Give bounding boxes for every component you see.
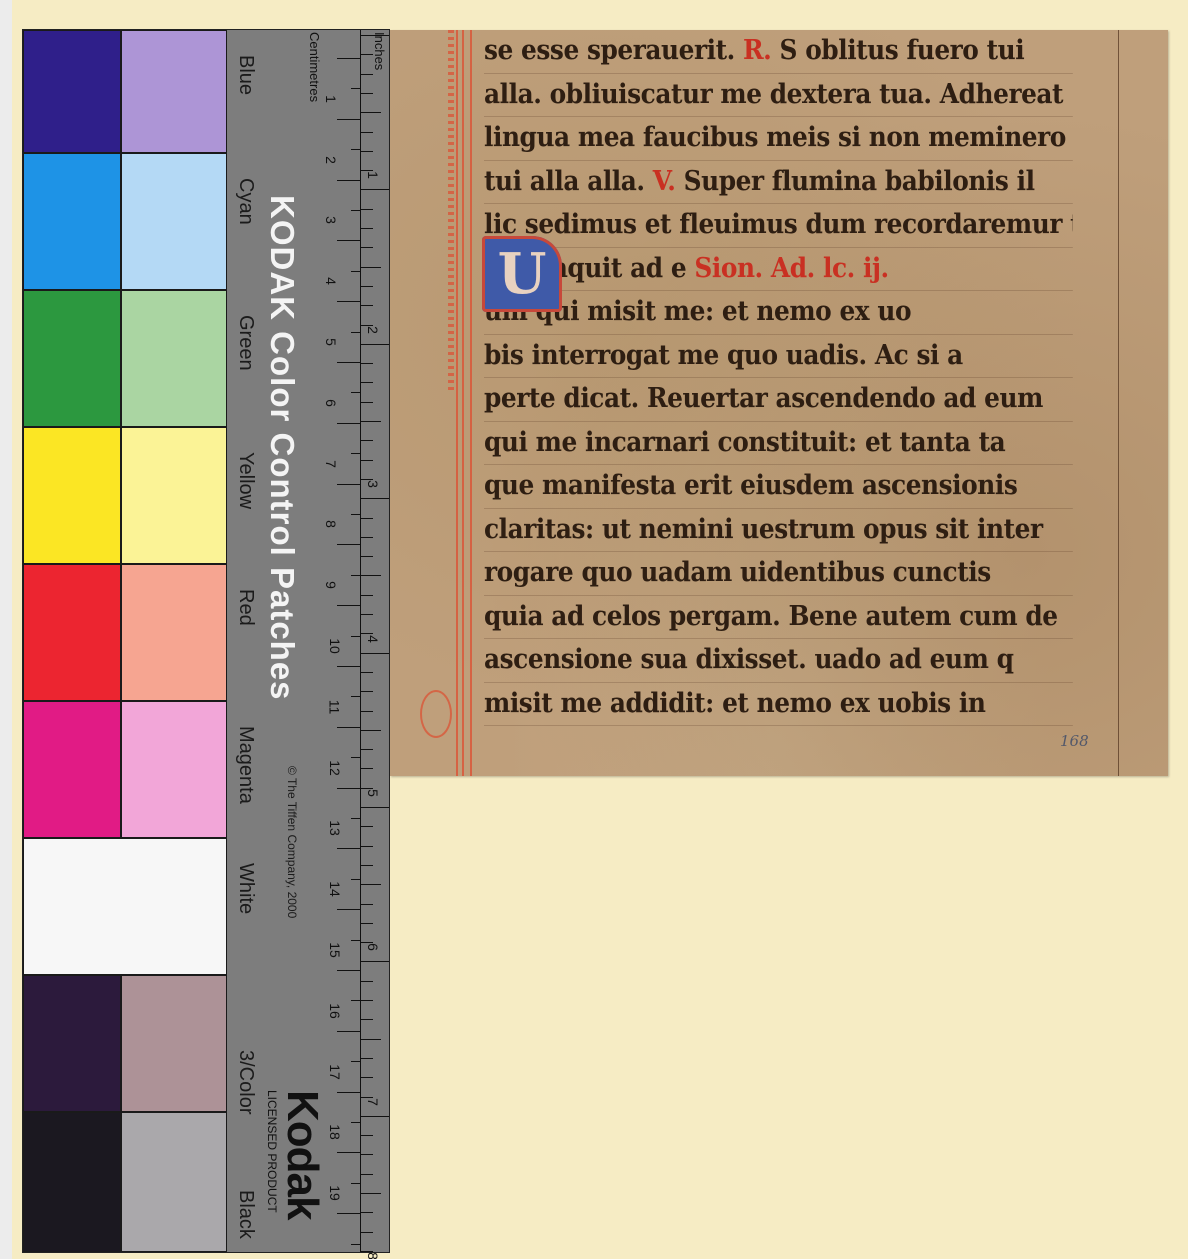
- inch-tick: [361, 961, 389, 962]
- patch-black-dark: [23, 1112, 121, 1252]
- inch-tick: [361, 151, 373, 152]
- manuscript-line: que manifesta erit eiusdem ascensionis: [484, 465, 1073, 509]
- inch-tick: [361, 884, 381, 885]
- patch-blue-dark: [23, 30, 121, 153]
- inch-tick: [361, 382, 373, 383]
- inch-tick: [361, 1212, 373, 1213]
- cm-tick: [351, 940, 360, 941]
- cm-tick: [351, 271, 360, 272]
- cm-tick: [351, 757, 360, 758]
- manuscript-line: bis interrogat me quo uadis. Ac si a: [484, 335, 1073, 379]
- inch-tick: [361, 440, 373, 441]
- cm-tick: [351, 332, 360, 333]
- inch-tick: [361, 865, 373, 866]
- red-border-decoration: [448, 30, 454, 390]
- red-ruling-line: [462, 30, 464, 776]
- patch-magenta-dark: [23, 701, 121, 838]
- inches-label: Inches: [372, 32, 387, 70]
- licensed-product-text: LICENSED PRODUCT: [265, 1090, 279, 1213]
- cm-tick: [351, 696, 360, 697]
- inch-number: 1: [365, 171, 381, 179]
- inch-tick: [361, 826, 373, 827]
- inch-tick: [361, 498, 389, 499]
- illuminated-initial: U: [482, 236, 562, 312]
- red-ruling-line: [456, 30, 458, 776]
- patch-yellow-dark: [23, 427, 121, 564]
- cm-number: 10: [327, 638, 343, 654]
- cm-number: 5: [323, 338, 339, 346]
- patch-yellow-light: [121, 427, 227, 564]
- patch-label: Red: [234, 589, 257, 626]
- inch-tick: [361, 556, 373, 557]
- manuscript-line: um qui misit me: et nemo ex uo: [484, 291, 1073, 335]
- inch-tick: [361, 363, 373, 364]
- inch-tick: [361, 904, 373, 905]
- inch-tick: [361, 1077, 373, 1078]
- cm-number: 15: [327, 942, 343, 958]
- cm-tick: [351, 88, 360, 89]
- red-ruling-line: [470, 30, 472, 776]
- patch-red-dark: [23, 564, 121, 701]
- inch-number: 3: [365, 480, 381, 488]
- kodak-color-target: 1234567891011121314151617181912345678 In…: [22, 29, 390, 1253]
- inch-tick: [361, 1174, 373, 1175]
- patch-cyan-light: [121, 153, 227, 290]
- inch-number: 7: [365, 1098, 381, 1106]
- patch-green-dark: [23, 290, 121, 427]
- rubric-text: R.: [743, 35, 771, 66]
- cm-tick: [351, 1244, 360, 1245]
- inch-tick: [361, 1193, 381, 1194]
- cm-tick: [337, 1092, 360, 1093]
- cm-number: 9: [323, 581, 339, 589]
- manuscript-line: quia ad celos pergam. Bene autem cum de: [484, 596, 1073, 640]
- inch-tick: [361, 228, 373, 229]
- inch-tick: [361, 1232, 373, 1233]
- cm-number: 13: [327, 821, 343, 837]
- inch-number: 2: [365, 326, 381, 334]
- manuscript-line: claritas: ut nemini uestrum opus sit int…: [484, 509, 1073, 553]
- cm-tick: [337, 58, 360, 59]
- manuscript-line: qui me incarnari constituit: et tanta ta: [484, 422, 1073, 466]
- rubric-text: V.: [653, 166, 676, 197]
- inch-tick: [361, 247, 373, 248]
- inch-tick: [361, 1039, 381, 1040]
- manuscript-line: ascensione sua dixisset. uado ad eum q: [484, 639, 1073, 683]
- red-flourish: [420, 690, 452, 738]
- inch-tick: [361, 460, 373, 461]
- inch-tick: [361, 112, 381, 113]
- manuscript-line: se esse sperauerit. R. S oblitus fuero t…: [484, 30, 1073, 74]
- inch-tick: [361, 537, 373, 538]
- manuscript-line: lic sedimus et fleuimus dum recordaremur…: [484, 204, 1073, 248]
- inch-number: 6: [365, 943, 381, 951]
- manuscript-line: misit me addidit: et nemo ex uobis in: [484, 683, 1073, 727]
- cm-number: 19: [327, 1185, 343, 1201]
- cm-number: 8: [323, 520, 339, 528]
- cm-tick: [337, 848, 360, 849]
- cm-tick: [337, 970, 360, 971]
- inch-tick: [361, 981, 373, 982]
- cm-tick: [351, 1061, 360, 1062]
- inch-tick: [361, 305, 373, 306]
- cm-tick: [351, 879, 360, 880]
- patch-3-color-light: [121, 975, 227, 1112]
- cm-tick: [337, 180, 360, 181]
- patch-label: 3/Color: [234, 1050, 257, 1114]
- cm-tick: [337, 1213, 360, 1214]
- cm-tick: [337, 423, 360, 424]
- patch-magenta-light: [121, 701, 227, 838]
- patch-label: Blue: [234, 55, 257, 95]
- inch-tick: [361, 132, 373, 133]
- cm-number: 18: [327, 1125, 343, 1141]
- cm-tick: [351, 575, 360, 576]
- cm-tick: [351, 1122, 360, 1123]
- ruler-baseline: [360, 30, 361, 1252]
- cm-tick: [351, 392, 360, 393]
- color-patches: [23, 30, 227, 1252]
- cm-number: 16: [327, 1003, 343, 1019]
- cm-number: 11: [326, 700, 342, 715]
- cm-tick: [337, 119, 360, 120]
- inch-number: 8: [365, 1252, 381, 1259]
- cm-number: 3: [323, 216, 339, 224]
- manuscript-line: alla. obliuiscatur me dextera tua. Adher…: [484, 74, 1073, 118]
- cm-tick: [351, 149, 360, 150]
- cm-tick: [337, 909, 360, 910]
- cm-tick: [337, 544, 360, 545]
- target-title: KODAK Color Control Patches: [263, 195, 301, 701]
- cm-number: 4: [323, 277, 339, 285]
- copyright-text: © The Tiffen Company, 2000: [285, 766, 299, 918]
- inch-tick: [361, 209, 373, 210]
- cm-tick: [337, 240, 360, 241]
- inch-tick: [361, 711, 373, 712]
- inch-tick: [361, 672, 373, 673]
- cm-tick: [351, 818, 360, 819]
- scanner-edge: [0, 0, 12, 1259]
- cm-number: 12: [327, 760, 343, 776]
- manuscript-leaf: se esse sperauerit. R. S oblitus fuero t…: [390, 30, 1168, 776]
- cm-tick: [351, 514, 360, 515]
- inch-tick: [361, 1135, 373, 1136]
- inch-tick: [361, 1116, 389, 1117]
- cm-number: 17: [327, 1064, 343, 1080]
- patch-label: Magenta: [234, 726, 257, 804]
- cm-tick: [351, 1183, 360, 1184]
- inch-tick: [361, 1154, 373, 1155]
- cm-tick: [337, 727, 360, 728]
- inch-tick: [361, 653, 389, 654]
- cm-tick: [337, 362, 360, 363]
- cm-tick: [337, 484, 360, 485]
- patch-label: Cyan: [234, 178, 257, 225]
- inch-tick: [361, 575, 381, 576]
- cm-tick: [337, 605, 360, 606]
- patch-label: Black: [234, 1190, 257, 1239]
- page-number: 168: [1060, 732, 1089, 750]
- inch-tick: [361, 923, 373, 924]
- cm-tick: [337, 301, 360, 302]
- inch-tick: [361, 93, 373, 94]
- patch-white: [23, 838, 227, 975]
- inch-tick: [361, 189, 389, 190]
- inch-tick: [361, 286, 373, 287]
- inch-tick: [361, 749, 373, 750]
- cm-tick: [337, 666, 360, 667]
- inch-tick: [361, 730, 381, 731]
- cm-number: 6: [323, 399, 339, 407]
- patch-green-light: [121, 290, 227, 427]
- patch-cyan-dark: [23, 153, 121, 290]
- patch-3-color-dark: [23, 975, 121, 1112]
- inch-tick: [361, 74, 373, 75]
- cm-tick: [351, 453, 360, 454]
- inch-tick: [361, 846, 373, 847]
- patch-label: White: [234, 863, 257, 914]
- patch-black-light: [121, 1112, 227, 1252]
- cm-tick: [351, 1000, 360, 1001]
- inch-tick: [361, 344, 389, 345]
- inch-tick: [361, 402, 373, 403]
- patch-label: Green: [234, 315, 257, 371]
- cm-number: 14: [327, 881, 343, 897]
- manuscript-line: ado inquit ad e Sion. Ad. lc. ij.: [484, 248, 1073, 292]
- inch-tick: [361, 1058, 373, 1059]
- cm-number: 7: [323, 460, 339, 468]
- inch-number: 4: [365, 635, 381, 643]
- cm-tick: [351, 210, 360, 211]
- rubric-text: Sion. Ad. lc. ij.: [694, 253, 888, 284]
- inch-tick: [361, 807, 389, 808]
- patch-blue-light: [121, 30, 227, 153]
- inch-tick: [361, 518, 373, 519]
- centimetres-label: Centimetres: [307, 32, 322, 102]
- cm-tick: [337, 788, 360, 789]
- gray-scale-ruler: 1234567891011121314151617181912345678 In…: [227, 30, 389, 1252]
- inch-tick: [361, 614, 373, 615]
- inch-tick: [361, 1019, 373, 1020]
- cm-tick: [337, 1152, 360, 1153]
- inch-tick: [361, 768, 373, 769]
- manuscript-line: perte dicat. Reuertar ascendendo ad eum: [484, 378, 1073, 422]
- inch-tick: [361, 691, 373, 692]
- inch-tick: [361, 421, 381, 422]
- manuscript-text: se esse sperauerit. R. S oblitus fuero t…: [484, 30, 1124, 726]
- manuscript-line: lingua mea faucibus meis si non meminero: [484, 117, 1073, 161]
- manuscript-line: tui alla alla. V. Super flumina babiloni…: [484, 161, 1073, 205]
- cm-tick: [337, 1031, 360, 1032]
- cm-number: 1: [323, 95, 339, 103]
- inch-number: 5: [365, 789, 381, 797]
- patch-label: Yellow: [234, 452, 257, 509]
- kodak-logo: Kodak: [277, 1090, 327, 1219]
- inch-tick: [361, 595, 373, 596]
- inch-tick: [361, 1000, 373, 1001]
- manuscript-line: rogare quo uadam uidentibus cunctis: [484, 552, 1073, 596]
- cm-tick: [351, 636, 360, 637]
- patch-red-light: [121, 564, 227, 701]
- inch-tick: [361, 267, 381, 268]
- cm-number: 2: [323, 156, 339, 164]
